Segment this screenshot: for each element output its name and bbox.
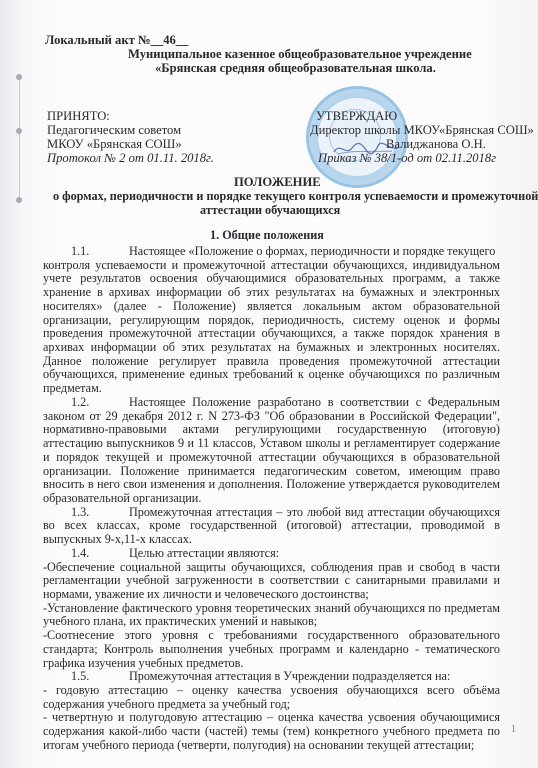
institution-line-2: «Брянская средняя общеобразовательная шк… (155, 61, 436, 76)
document-body: 1.1.Настоящее «Положение о формах, перио… (43, 245, 500, 753)
paragraph-1-1-continued: контроля успеваемости и промежуточной ат… (43, 259, 500, 396)
paragraph-text: Настоящее Положение разработано в соотве… (43, 395, 500, 505)
document-subtitle-line-2: аттестации обучающихся (200, 203, 340, 218)
document-subtitle-line-1: о формах, периодичности и порядке текуще… (53, 189, 538, 204)
goal-item: -Обеспечение социальной защиты обучающих… (43, 561, 500, 602)
paragraph-1-3: 1.3.Промежуточная аттестация – это любой… (43, 506, 500, 547)
goal-item: -Установление фактического уровня теорет… (43, 602, 500, 629)
document-page: Локальный акт №__46__ Муниципальное казе… (0, 0, 538, 768)
paragraph-number: 1.4. (71, 547, 129, 561)
approved-title: УТВЕРЖДАЮ (316, 109, 397, 124)
paragraph-number: 1.3. (71, 506, 129, 520)
accepted-protocol: Протокол № 2 от 01.11. 2018г. (47, 151, 214, 166)
punch-hole (16, 197, 22, 203)
attestation-type-item: - годовую аттестацию – оценку качества у… (43, 684, 500, 711)
paragraph-number: 1.2. (71, 396, 129, 410)
approved-director: Директор школы МКОУ«Брянская СОШ» (310, 123, 534, 138)
goal-item: -Соотнесение этого уровня с требованиями… (43, 629, 500, 670)
paragraph-1-2: 1.2.Настоящее Положение разработано в со… (43, 396, 500, 506)
attestation-type-item: - четвертную и полугодовую аттестацию – … (43, 711, 500, 752)
paragraph-text: Целью аттестации являются: (129, 546, 279, 560)
accepted-title: ПРИНЯТО: (47, 109, 110, 124)
punch-hole (16, 128, 22, 134)
page-number: 1 (511, 724, 516, 735)
paragraph-1-1: 1.1.Настоящее «Положение о формах, перио… (43, 245, 500, 259)
accepted-school: МКОУ «Брянская СОШ» (47, 137, 182, 152)
approved-order: Приказ № 38/1-од от 02.11.2018г (318, 151, 496, 166)
institution-line-1: Муниципальное казенное общеобразовательн… (128, 47, 472, 62)
accepted-council: Педагогическим советом (47, 123, 181, 138)
paragraph-1-4: 1.4.Целью аттестации являются: (43, 547, 500, 561)
act-number: Локальный акт №__46__ (45, 33, 188, 48)
approved-name: Валиджанова О.Н. (386, 137, 486, 152)
punch-hole (16, 74, 22, 80)
binding-margin-line (19, 74, 20, 202)
paragraph-text: Промежуточная аттестация в Учреждении по… (129, 669, 450, 683)
section-heading-general: 1. Общие положения (210, 228, 324, 243)
paragraph-number: 1.5. (71, 670, 129, 684)
document-title: ПОЛОЖЕНИЕ (234, 175, 321, 190)
paragraph-number: 1.1. (71, 245, 129, 259)
paragraph-1-5: 1.5.Промежуточная аттестация в Учреждени… (43, 670, 500, 684)
paragraph-text: Настоящее «Положение о формах, периодичн… (129, 244, 495, 258)
